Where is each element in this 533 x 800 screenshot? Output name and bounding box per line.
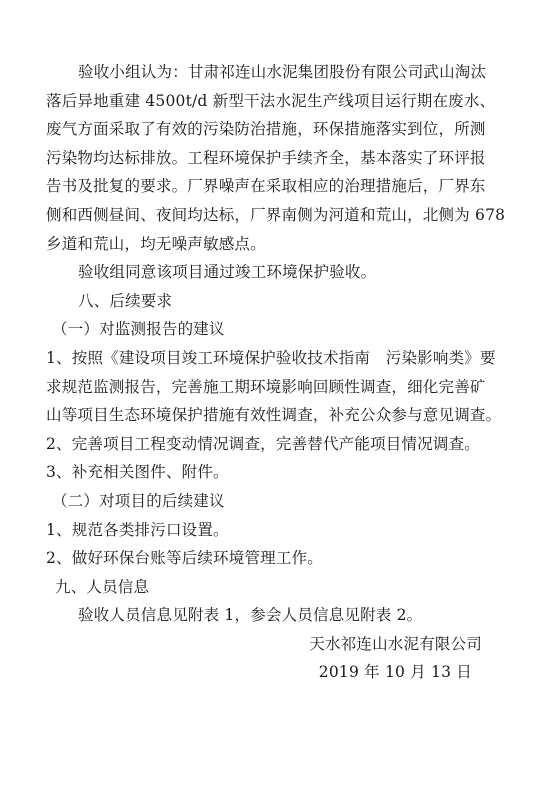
section-8-heading: 八、后续要求 [46,287,488,316]
conclusion-line-7: 乡道和荒山，均无噪声敏感点。 [46,230,488,259]
conclusion-line-1: 验收小组认为：甘肃祁连山水泥集团股份有限公司武山淘汰 [46,58,488,87]
document-page: 验收小组认为：甘肃祁连山水泥集团股份有限公司武山淘汰 落后异地重建 4500t/… [46,58,488,687]
sub1-item1-line-2: 求规范监测报告，完善施工期环境影响回顾性调查，细化完善矿 [46,373,488,402]
agreement-statement: 验收组同意该项目通过竣工环境保护验收。 [46,258,488,287]
conclusion-line-5: 告书及批复的要求。厂界噪声在采取相应的治理措施后，厂界东 [46,172,488,201]
conclusion-line-2: 落后异地重建 4500t/d 新型干法水泥生产线项目运行期在废水、 [46,87,488,116]
conclusion-line-4: 污染物均达标排放。工程环境保护手续齐全，基本落实了环评报 [46,144,488,173]
sub1-item1-line-1: 1、按照《建设项目竣工环境保护验收技术指南 污染影响类》要 [46,344,488,373]
sub2-item1: 1、规范各类排污口设置。 [46,516,488,545]
signature-company: 天水祁连山水泥有限公司 [46,630,488,659]
signature-date: 2019 年 10 月 13 日 [46,658,488,687]
conclusion-line-3: 废气方面采取了有效的污染防治措施，环保措施落实到位，所测 [46,115,488,144]
subsection-1-heading: （一）对监测报告的建议 [46,315,488,344]
subsection-2-heading: （二）对项目的后续建议 [46,487,488,516]
section-9-heading: 九、人员信息 [46,573,488,602]
sub2-item2: 2、做好环保台账等后续环境管理工作。 [46,544,488,573]
conclusion-line-6: 侧和西侧昼间、夜间均达标，厂界南侧为河道和荒山，北侧为 678 [46,201,488,230]
sub1-item1-line-3: 山等项目生态环境保护措施有效性调查，补充公众参与意见调查。 [46,401,488,430]
sub1-item2: 2、完善项目工程变动情况调查，完善替代产能项目情况调查。 [46,430,488,459]
sub1-item3: 3、补充相关图件、附件。 [46,458,488,487]
section-9-text: 验收人员信息见附表 1，参会人员信息见附表 2。 [46,601,488,630]
